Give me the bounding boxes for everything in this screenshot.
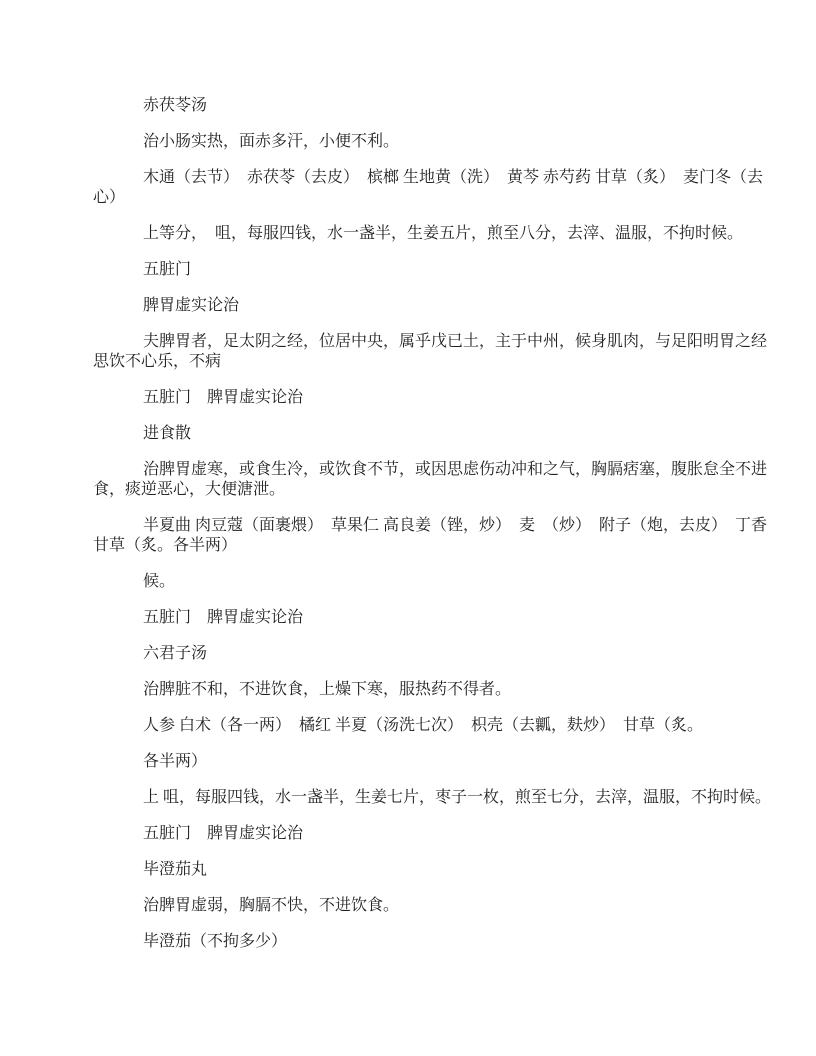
- paragraph-liujunzitang-preparation: 上 咀，每服四钱，水一盏半，生姜七片，枣子一枚，煎至七分，去滓，温服，不拘时候。: [93, 788, 728, 808]
- paragraph-bichengqiewan-title: 毕澄茄丸: [93, 860, 728, 880]
- paragraph-jinshisan-indication: 治脾胃虚寒，或食生冷，或饮食不节，或因思虑伤动冲和之气，胸膈痞塞，腹胀怠全不进 …: [93, 460, 728, 500]
- document-page: 赤茯苓汤 治小肠实热，面赤多汗，小便不利。 木通（去节） 赤茯苓（去皮） 槟榔 …: [0, 0, 816, 1056]
- paragraph-chifuling-tang-title: 赤茯苓汤: [93, 96, 728, 116]
- paragraph-liujunzitang-indication: 治脾脏不和，不进饮食，上燥下寒，服热药不得者。: [93, 680, 728, 700]
- paragraph-chifuling-preparation: 上等分， 咀，每服四钱，水一盏半，生姜五片，煎至八分，去滓、温服，不拘时候。: [93, 224, 728, 244]
- paragraph-bichengqiewan-indication: 治脾胃虚弱，胸膈不快，不进饮食。: [93, 896, 728, 916]
- paragraph-section-running-head-1: 五脏门 脾胃虚实论治: [93, 388, 728, 408]
- paragraph-piwei-discussion: 夫脾胃者，足太阴之经，位居中央，属乎戊已土，主于中州，候身肌肉，与足阳明胃之经 …: [93, 332, 728, 372]
- paragraph-chifuling-ingredients: 木通（去节） 赤茯苓（去皮） 槟榔 生地黄（洗） 黄芩 赤芍药 甘草（炙） 麦门…: [93, 168, 728, 208]
- paragraph-section-running-head-3: 五脏门 脾胃虚实论治: [93, 824, 728, 844]
- paragraph-hou-fragment: 候。: [93, 572, 728, 592]
- paragraph-section-running-head-2: 五脏门 脾胃虚实论治: [93, 608, 728, 628]
- paragraph-chifuling-indication: 治小肠实热，面赤多汗，小便不利。: [93, 132, 728, 152]
- paragraph-ingredients-continuation: 各半两）: [93, 752, 728, 772]
- paragraph-bichengqie-ingredient: 毕澄茄（不拘多少）: [93, 932, 728, 952]
- paragraph-piwei-heading: 脾胃虚实论治: [93, 296, 728, 316]
- paragraph-jinshisan-ingredients: 半夏曲 肉豆蔻（面裹煨） 草果仁 高良姜（锉，炒） 麦 （炒） 附子（炮，去皮）…: [93, 516, 728, 556]
- paragraph-jinshisan-title: 进食散: [93, 424, 728, 444]
- paragraph-wuzangmen-heading: 五脏门: [93, 260, 728, 280]
- paragraph-liujunzitang-title: 六君子汤: [93, 644, 728, 664]
- paragraph-liujunzitang-ingredients: 人参 白术（各一两） 橘红 半夏（汤洗七次） 枳壳（去瓤，麸炒） 甘草（炙。: [93, 716, 728, 736]
